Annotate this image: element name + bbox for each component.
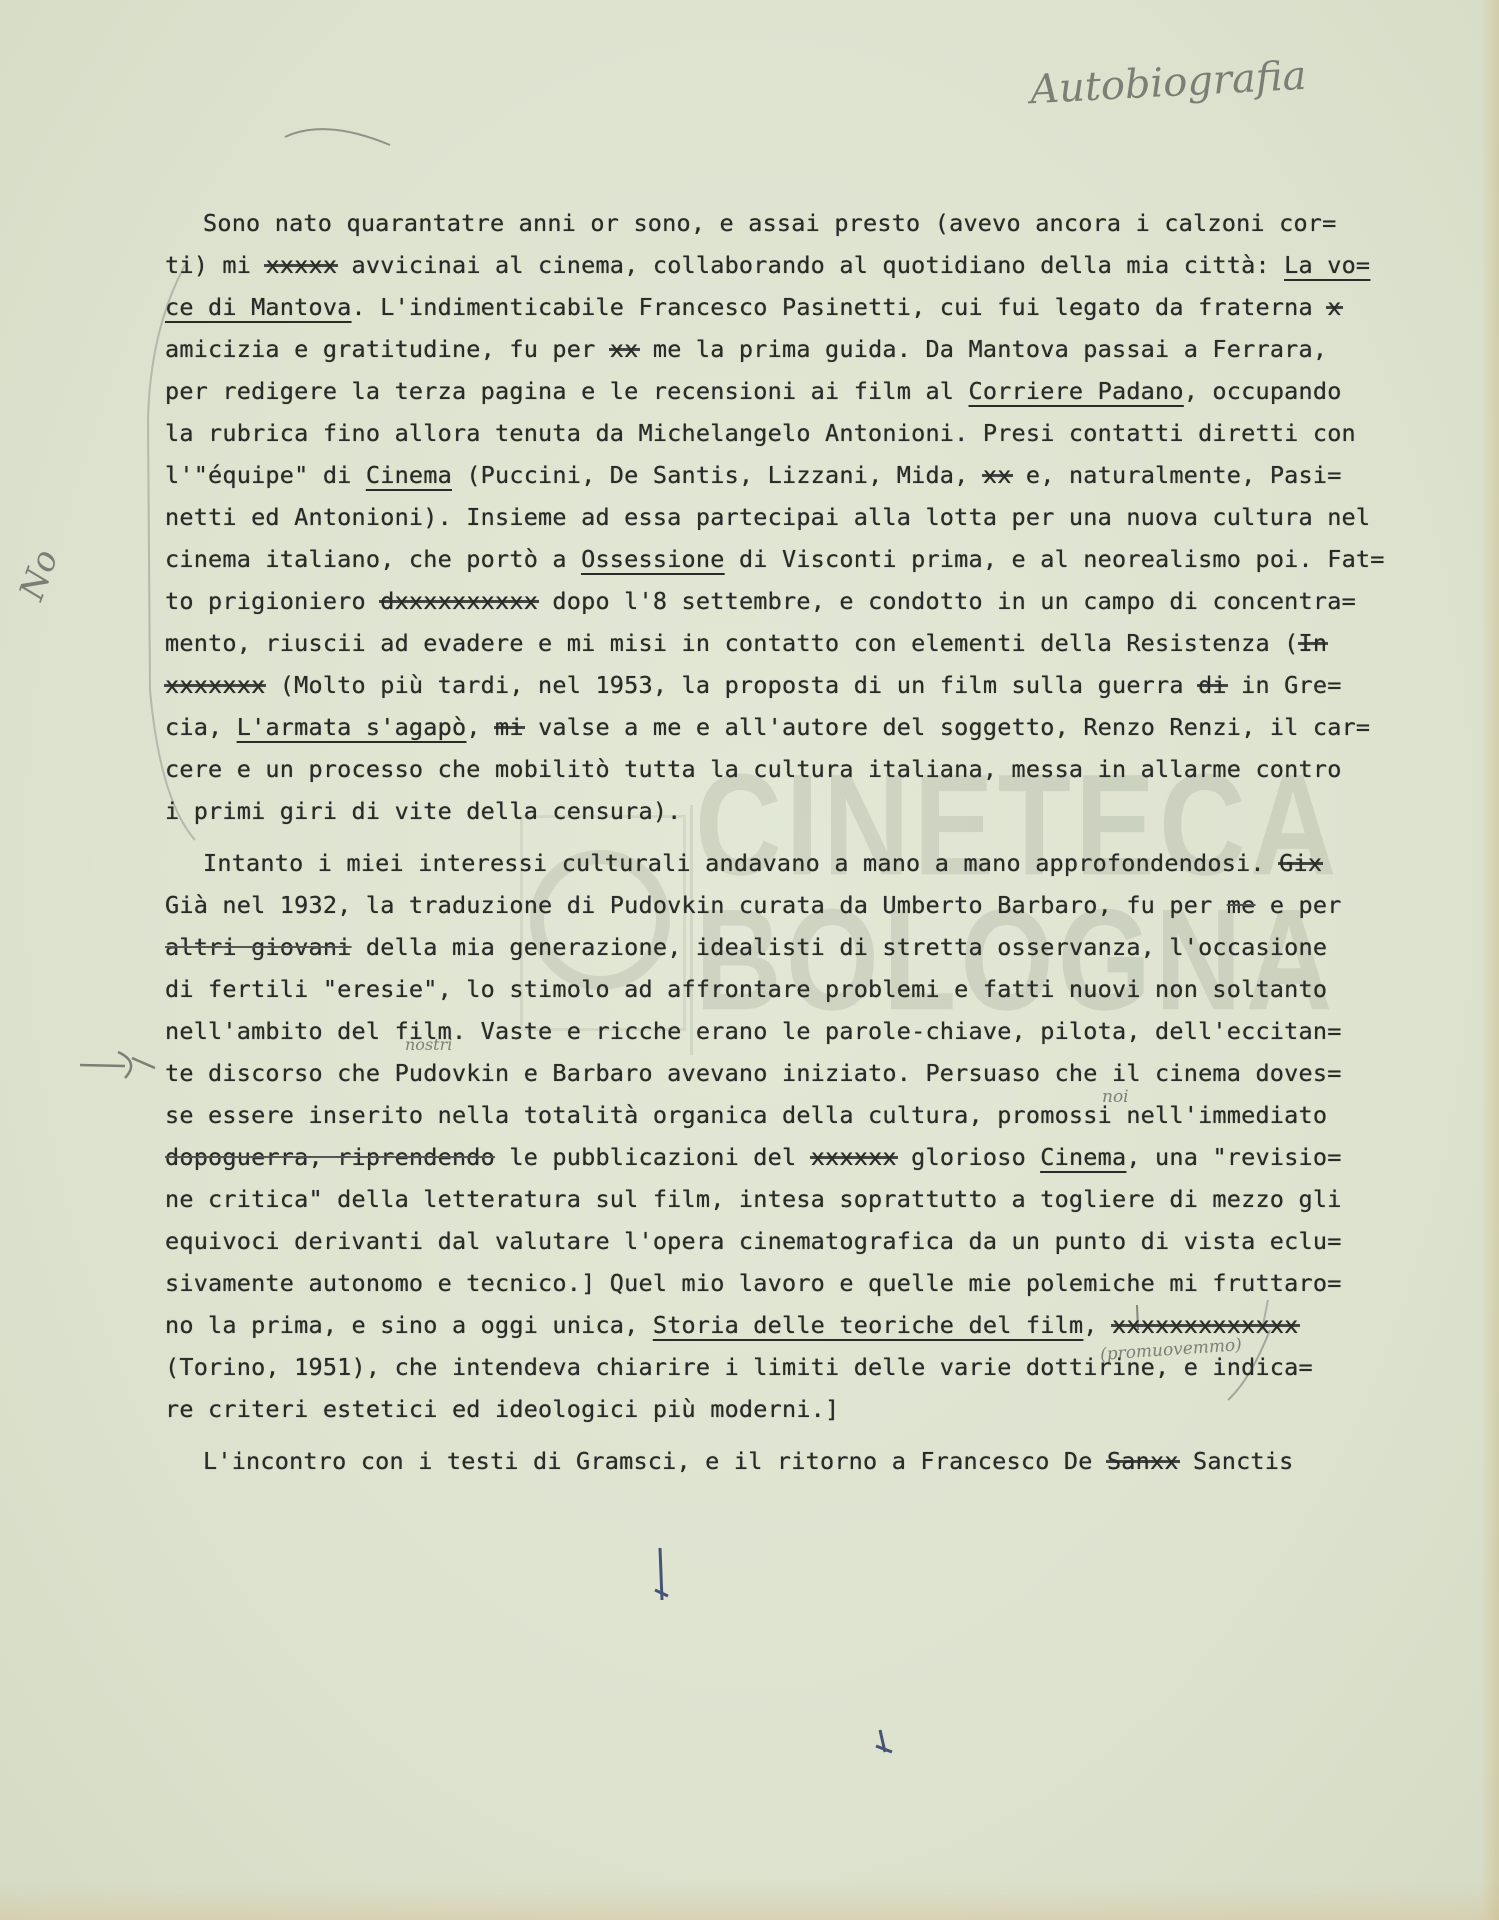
text-line: xxxxxxx (Molto più tardi, nel 1953, la p…	[165, 670, 1342, 700]
struck-text: xxxxx	[265, 251, 337, 279]
struck-text: di	[1198, 671, 1227, 699]
text-line: nell'ambito del film. Vaste e ricche era…	[165, 1016, 1342, 1046]
struck-text: Gix	[1279, 849, 1322, 877]
annotation-autobiografia: Autobiografia	[1029, 53, 1307, 113]
text-line: amicizia e gratitudine, fu per xx me la …	[165, 334, 1327, 364]
underlined-title: Corriere Padano	[969, 377, 1184, 405]
text-run: re criteri estetici ed ideologici più mo…	[165, 1395, 839, 1423]
text-line: ne critica" della letteratura sul film, …	[165, 1184, 1342, 1214]
text-run: valse a me e all'autore del soggetto, Re…	[524, 713, 1371, 741]
text-run: Intanto i miei interessi culturali andav…	[203, 849, 1279, 877]
underlined-title: L'armata s'agapò	[237, 713, 467, 741]
struck-text: xxxxxxx	[165, 671, 265, 699]
underlined-title: Ossessione	[581, 545, 724, 573]
text-run: ,	[1083, 1311, 1112, 1339]
text-line: dopoguerra, riprendendo le pubblicazioni…	[165, 1142, 1342, 1172]
text-line: ce di Mantova. L'indimenticabile Frances…	[165, 292, 1342, 322]
text-line: cinema italiano, che portò a Ossessione …	[165, 544, 1385, 574]
text-run: , occupando	[1184, 377, 1342, 405]
text-run: ,	[466, 713, 495, 741]
text-line: altri giovani della mia generazione, ide…	[165, 932, 1327, 962]
struck-text: xxxxxxxxxxxxx	[1112, 1311, 1299, 1339]
text-run: Sanctis	[1179, 1447, 1294, 1475]
struck-text: dopoguerra, riprendendo	[165, 1143, 495, 1171]
struck-text: altri giovani	[165, 933, 352, 961]
struck-text: dxxxxxxxxxx	[380, 587, 538, 615]
text-run: mento, riuscii ad evadere e mi misi in c…	[165, 629, 1299, 657]
text-run: l'"équipe" di	[165, 461, 366, 489]
text-run: . L'indimenticabile Francesco Pasinetti,…	[352, 293, 1328, 321]
text-run: equivoci derivanti dal valutare l'opera …	[165, 1227, 1342, 1255]
text-run: dopo l'8 settembre, e condotto in un cam…	[538, 587, 1356, 615]
struck-text: me	[1227, 891, 1256, 919]
struck-text: Sanxx	[1107, 1447, 1179, 1475]
underlined-title: La vo=	[1284, 251, 1370, 279]
underlined-title: Storia delle teoriche del film	[653, 1311, 1083, 1339]
text-run: te discorso che Pudovkin e Barbaro aveva…	[165, 1059, 1342, 1087]
text-run: le pubblicazioni del	[495, 1143, 811, 1171]
text-line: re criteri estetici ed ideologici più mo…	[165, 1394, 839, 1424]
text-run: nell'ambito del film. Vaste e ricche era…	[165, 1017, 1342, 1045]
text-run: della mia generazione, idealisti di stre…	[352, 933, 1328, 961]
text-run: se essere inserito nella totalità organi…	[165, 1101, 1327, 1129]
text-line: cia, L'armata s'agapò, mi valse a me e a…	[165, 712, 1370, 742]
text-line: te discorso che Pudovkin e Barbaro aveva…	[165, 1058, 1342, 1088]
text-line: equivoci derivanti dal valutare l'opera …	[165, 1226, 1342, 1256]
struck-text: In	[1299, 629, 1328, 657]
text-run: no la prima, e sino a oggi unica,	[165, 1311, 653, 1339]
underlined-title: Cinema	[1040, 1143, 1126, 1171]
text-run: glorioso	[897, 1143, 1040, 1171]
text-run: di Visconti prima, e al neorealismo poi.…	[725, 545, 1385, 573]
text-run: ti) mi	[165, 251, 265, 279]
text-run: to prigioniero	[165, 587, 380, 615]
text-line: to prigioniero dxxxxxxxxxx dopo l'8 sett…	[165, 586, 1356, 616]
text-line: l'"équipe" di Cinema (Puccini, De Santis…	[165, 460, 1342, 490]
text-run: sivamente autonomo e tecnico.] Quel mio …	[165, 1269, 1342, 1297]
text-line: se essere inserito nella totalità organi…	[165, 1100, 1327, 1130]
document-page: CINETECA BOLOGNA Autobiografia No nostri…	[0, 0, 1499, 1920]
text-line: (Torino, 1951), che intendeva chiarire i…	[165, 1352, 1313, 1382]
struck-text: mi	[495, 713, 524, 741]
text-run: cia,	[165, 713, 237, 741]
text-run: amicizia e gratitudine, fu per	[165, 335, 610, 363]
text-run: ne critica" della letteratura sul film, …	[165, 1185, 1342, 1213]
text-line: no la prima, e sino a oggi unica, Storia…	[165, 1310, 1299, 1340]
text-run: (Puccini, De Santis, Lizzani, Mida,	[452, 461, 983, 489]
text-line: L'incontro con i testi di Gramsci, e il …	[203, 1446, 1293, 1476]
struck-text: xx	[983, 461, 1012, 489]
text-run: cinema italiano, che portò a	[165, 545, 581, 573]
text-line: per redigere la terza pagina e le recens…	[165, 376, 1342, 406]
text-line: di fertili "eresie", lo stimolo ad affro…	[165, 974, 1327, 1004]
text-run: Sono nato quarantatre anni or sono, e as…	[203, 209, 1337, 237]
text-run: la rubrica fino allora tenuta da Michela…	[165, 419, 1356, 447]
text-line: ti) mi xxxxx avvicinai al cinema, collab…	[165, 250, 1370, 280]
underlined-title: Cinema	[366, 461, 452, 489]
text-run: per redigere la terza pagina e le recens…	[165, 377, 969, 405]
text-run: (Torino, 1951), che intendeva chiarire i…	[165, 1353, 1313, 1381]
text-run: netti ed Antonioni). Insieme ad essa par…	[165, 503, 1370, 531]
text-run: me la prima guida. Da Mantova passai a F…	[639, 335, 1328, 363]
text-run: , una "revisio=	[1126, 1143, 1341, 1171]
underlined-title: ce di Mantova	[165, 293, 352, 321]
text-run: e per	[1255, 891, 1341, 919]
struck-text: xx	[610, 335, 639, 363]
text-run: e, naturalmente, Pasi=	[1012, 461, 1342, 489]
text-line: cere e un processo che mobilitò tutta la…	[165, 754, 1342, 784]
text-line: netti ed Antonioni). Insieme ad essa par…	[165, 502, 1370, 532]
text-line: sivamente autonomo e tecnico.] Quel mio …	[165, 1268, 1342, 1298]
text-line: mento, riuscii ad evadere e mi misi in c…	[165, 628, 1327, 658]
annotation-no: No	[12, 545, 67, 606]
text-line: Intanto i miei interessi culturali andav…	[203, 848, 1322, 878]
text-run: di fertili "eresie", lo stimolo ad affro…	[165, 975, 1327, 1003]
text-run: in Gre=	[1227, 671, 1342, 699]
text-line: Sono nato quarantatre anni or sono, e as…	[203, 208, 1337, 238]
text-line: la rubrica fino allora tenuta da Michela…	[165, 418, 1356, 448]
text-run: avvicinai al cinema, collaborando al quo…	[337, 251, 1284, 279]
text-line: i primi giri di vite della censura).	[165, 796, 682, 826]
text-run: Già nel 1932, la traduzione di Pudovkin …	[165, 891, 1227, 919]
text-line: Già nel 1932, la traduzione di Pudovkin …	[165, 890, 1342, 920]
struck-text: xxxxxx	[811, 1143, 897, 1171]
text-run: cere e un processo che mobilitò tutta la…	[165, 755, 1342, 783]
text-run: L'incontro con i testi di Gramsci, e il …	[203, 1447, 1107, 1475]
text-run: (Molto più tardi, nel 1953, la proposta …	[265, 671, 1198, 699]
text-run: i primi giri di vite della censura).	[165, 797, 682, 825]
struck-text: x	[1327, 293, 1341, 321]
